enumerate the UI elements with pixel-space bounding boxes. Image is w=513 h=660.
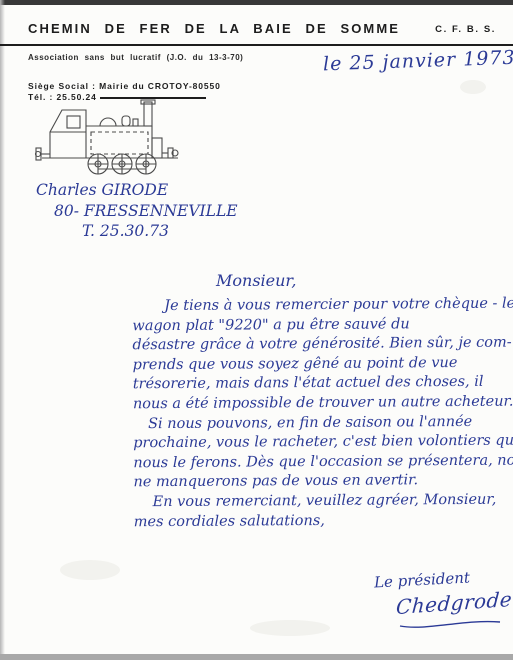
association-line: Association sans but lucratif (J.O. du 1…: [28, 53, 243, 62]
letter-line: ne manquerons pas de vous en avertir.: [133, 471, 495, 493]
salutation: Monsieur,: [216, 271, 296, 290]
letter-line: nous a été impossible de trouver un autr…: [133, 393, 495, 415]
letterhead-title: CHEMIN DE FER DE LA BAIE DE SOMME: [28, 21, 400, 36]
scan-edge-left: [0, 0, 5, 660]
scan-edge-top: [0, 0, 513, 5]
letterhead-rule: [0, 44, 513, 46]
recipient-name: Charles GIRODE: [36, 180, 238, 201]
paper-blemish: [60, 560, 120, 580]
paper-blemish: [250, 620, 330, 636]
recipient-phone: T. 25.30.73: [82, 221, 238, 242]
scan-edge-bottom: [0, 654, 513, 660]
handwritten-date: le 25 janvier 1973: [323, 47, 513, 76]
letter-line: mes cordiales salutations,: [134, 510, 496, 532]
letter-line: prochaine, vous le racheter, c'est bien …: [133, 432, 495, 454]
paper-blemish: [460, 80, 486, 94]
letter-line: prends que vous soyez gêné au point de v…: [133, 354, 495, 376]
letter-body: Je tiens à vous remercier pour votre chè…: [132, 295, 496, 533]
letterhead-abbreviation: C. F. B. S.: [435, 24, 496, 35]
letter-line: En vous remerciant, veuillez agréer, Mon…: [134, 491, 496, 513]
letter-line: Je tiens à vous remercier pour votre chè…: [132, 295, 494, 317]
steam-locomotive-icon: [34, 98, 186, 178]
letter-line: désastre grâce à votre générosité. Bien …: [132, 334, 494, 356]
letter-line: nous le ferons. Dès que l'occasion se pr…: [133, 451, 495, 473]
recipient-town: 80- FRESSENNEVILLE: [54, 201, 238, 222]
closing-role: Le président: [374, 569, 471, 592]
signature-scribble: Chedgrode: [395, 587, 513, 619]
recipient-block: Charles GIRODE 80- FRESSENNEVILLE T. 25.…: [36, 180, 238, 242]
letter-line: wagon plat "9220" a pu être sauvé du: [132, 314, 494, 336]
siege-social-line: Siège Social : Mairie du CROTOY-80550: [28, 81, 221, 91]
letter-line: Si nous pouvons, en fin de saison ou l'a…: [133, 412, 495, 434]
scanned-letter-page: CHEMIN DE FER DE LA BAIE DE SOMME C. F. …: [0, 0, 513, 660]
letter-line: trésorerie, mais dans l'état actuel des …: [133, 373, 495, 395]
signature-underline-icon: [398, 617, 502, 631]
